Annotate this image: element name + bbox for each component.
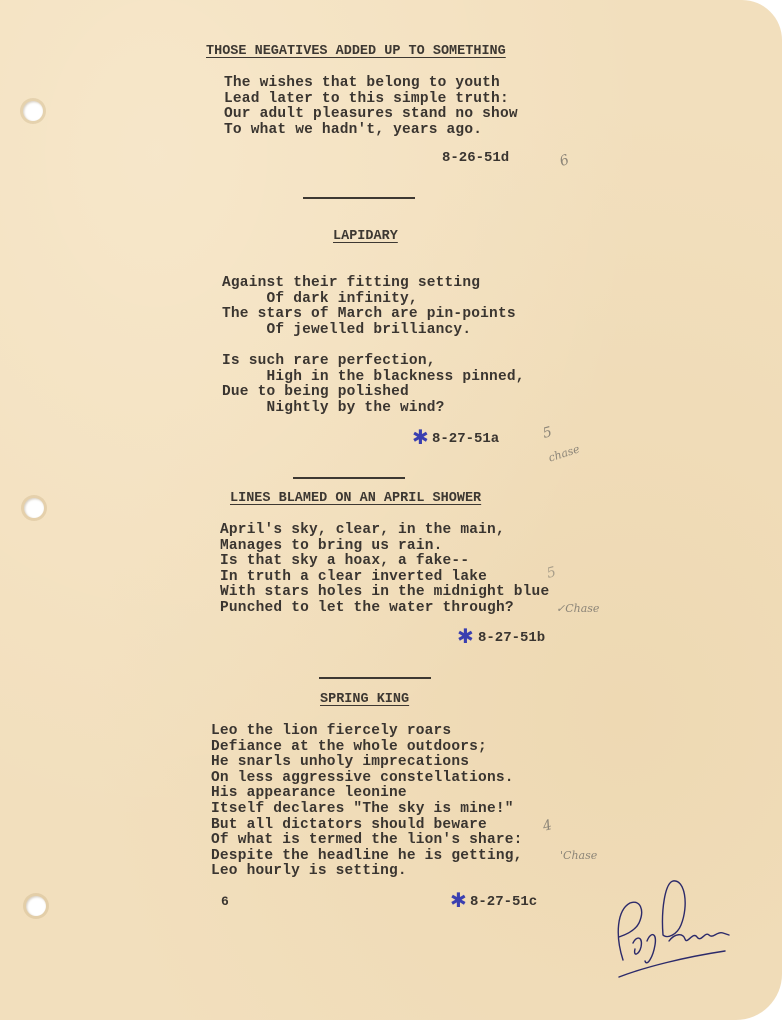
poem-title: SPRING KING xyxy=(320,692,409,707)
pencil-note: ✓Chase xyxy=(556,602,599,615)
poem-date: 8-27-51b xyxy=(478,630,545,646)
pencil-mark: 4 xyxy=(541,817,554,835)
section-divider xyxy=(293,477,405,479)
pencil-mark: 5 xyxy=(541,424,554,442)
section-divider xyxy=(303,197,415,199)
binder-hole-middle xyxy=(24,498,44,518)
typewritten-page: THOSE NEGATIVES ADDED UP TO SOMETHING Th… xyxy=(0,0,782,1020)
poem-body: Against their fitting setting Of dark in… xyxy=(222,276,525,416)
page-number: 6 xyxy=(221,894,229,909)
poem-date: 8-26-51d xyxy=(442,150,509,166)
blue-asterisk-mark: ✱ xyxy=(450,888,467,912)
poem-date: 8-27-51c xyxy=(470,894,537,910)
blue-asterisk-mark: ✱ xyxy=(412,425,429,449)
blue-asterisk-mark: ✱ xyxy=(457,624,474,648)
poem-title: LAPIDARY xyxy=(333,229,398,244)
poem-date: 8-27-51a xyxy=(432,431,499,447)
binder-hole-bottom xyxy=(26,896,46,916)
poem-title: THOSE NEGATIVES ADDED UP TO SOMETHING xyxy=(206,44,506,59)
poem-body: Leo the lion fiercely roars Defiance at … xyxy=(211,724,523,880)
section-divider xyxy=(319,677,431,679)
poem-title: LINES BLAMED ON AN APRIL SHOWER xyxy=(230,491,481,506)
binder-hole-top xyxy=(23,101,43,121)
pencil-mark: 6 xyxy=(558,152,572,170)
poem-body: April's sky, clear, in the main, Manages… xyxy=(220,523,549,617)
pencil-note: 'Chase xyxy=(560,849,597,862)
poem-body: The wishes that belong to youth Lead lat… xyxy=(224,76,518,138)
pencil-note: chase xyxy=(547,442,581,464)
handwritten-signature-icon xyxy=(605,875,735,980)
